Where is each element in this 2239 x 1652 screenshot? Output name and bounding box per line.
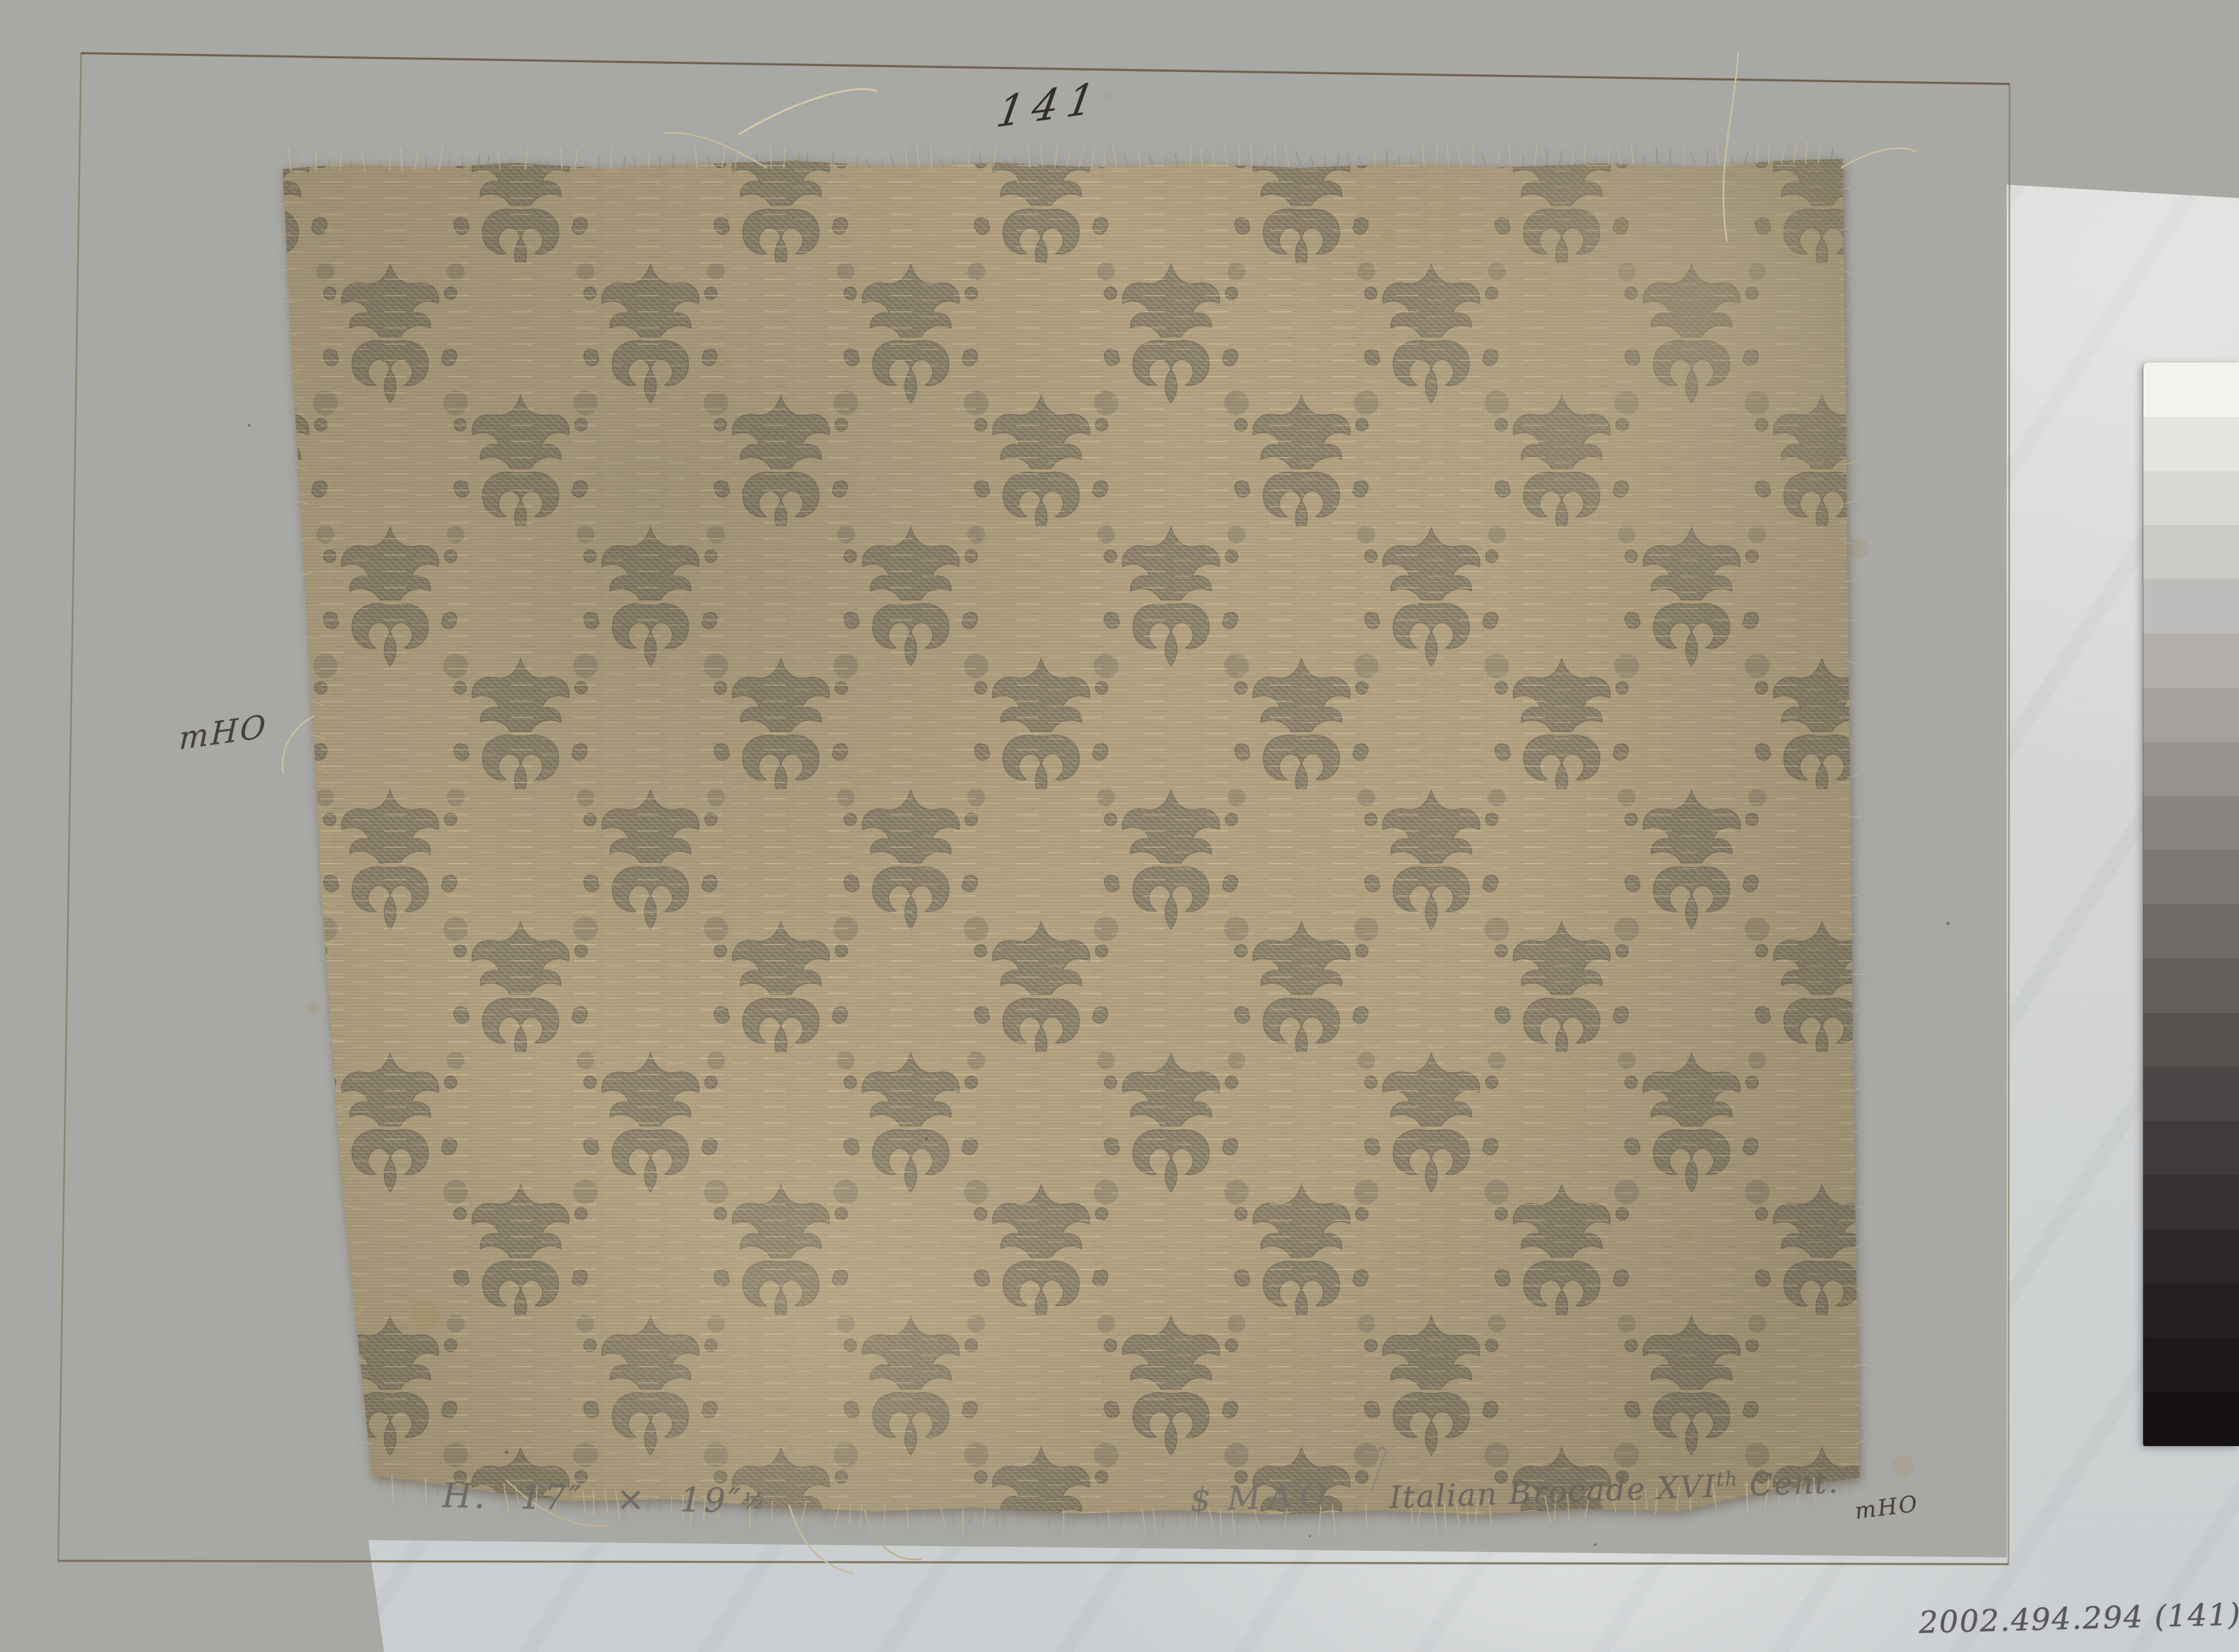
mark-symbol: $ (1189, 1480, 1219, 1519)
collector-mark-center: $MAO (1189, 1476, 1335, 1519)
dimensions-fraction: ½ (743, 1488, 767, 1513)
foxing-spots (307, 91, 1914, 1477)
mark-initials: MAO (1227, 1476, 1335, 1518)
detail-overlay (0, 0, 2239, 1652)
dimensions-text: H. 17″ × 19″ (442, 1476, 744, 1520)
archival-textile-photograph: 141 mHO H. 17″ × 19″½ $MAO Italian Broca… (0, 0, 2239, 1652)
dimensions-note: H. 17″ × 19″½ (442, 1476, 767, 1521)
title-ordinal: th (1716, 1468, 1739, 1491)
stray-threads (283, 53, 1915, 1574)
pencil-leader-line (1371, 1448, 1387, 1491)
mount-edge-line (58, 53, 2010, 1564)
title-tail: Cent. (1738, 1464, 1839, 1503)
